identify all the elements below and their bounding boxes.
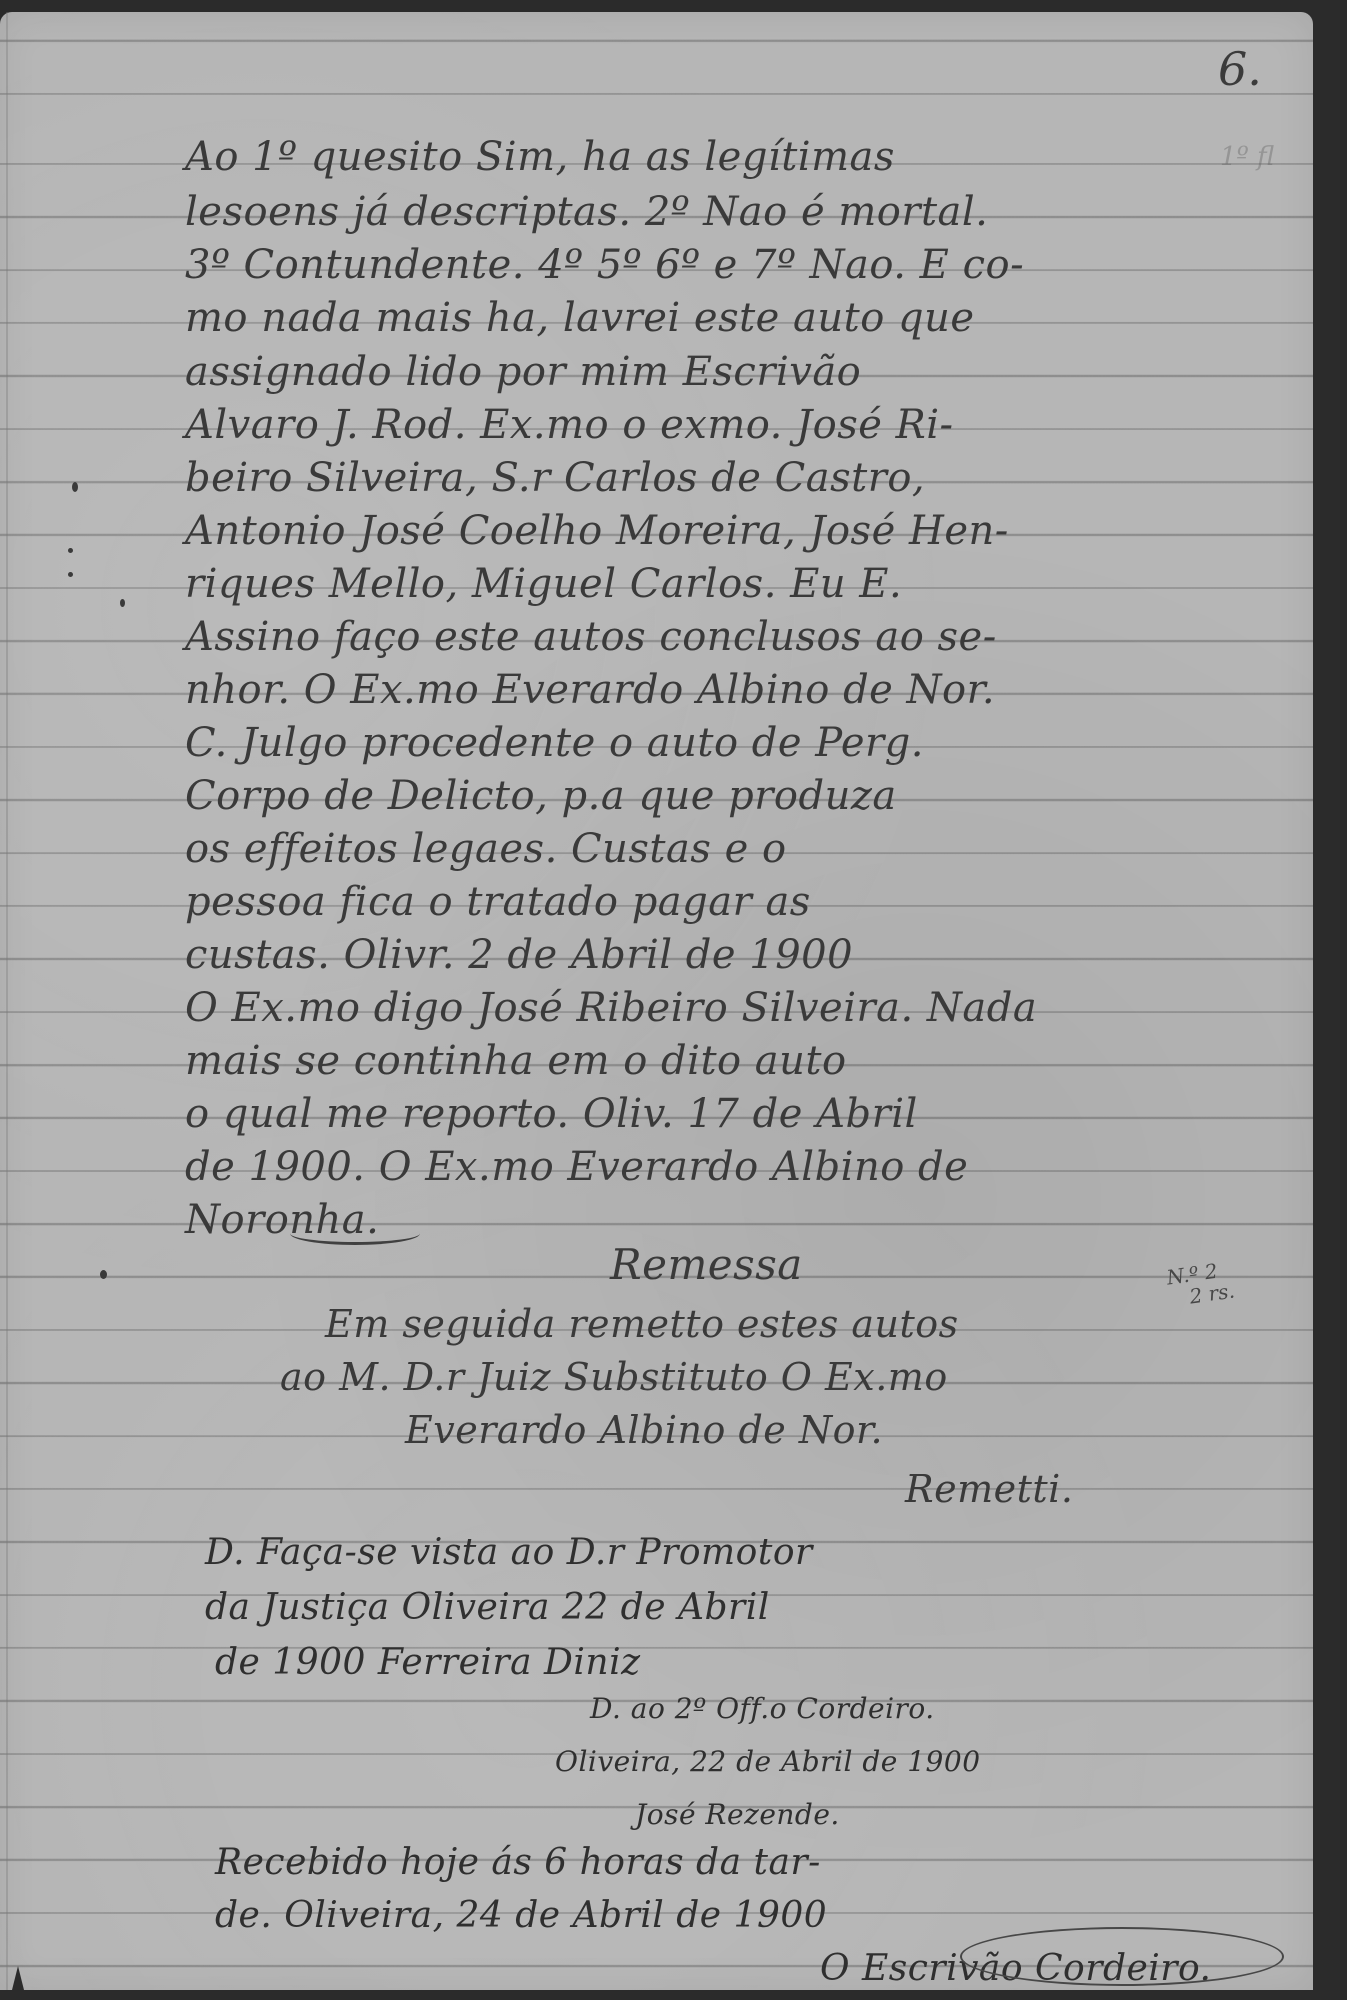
body-line: os effeitos legaes. Custas e o [185,829,787,869]
ruled-paper-sheet: 6. 1º fl Ao 1º quesito Sim, ha as legíti… [0,12,1313,1990]
signature-flourish [290,1222,420,1245]
section-heading-remessa: Remessa [610,1240,803,1289]
body-line: pessoa fica o tratado pagar as [185,882,811,922]
distribuicao-signature: José Rezende. [635,1798,840,1831]
body-line: de 1900. O Ex.mo Everardo Albino de [185,1147,968,1187]
remessa-closing: Remetti. [905,1467,1073,1511]
ink-speck [120,599,125,607]
remessa-line: Everardo Albino de Nor. [405,1408,883,1452]
scanned-page: 6. 1º fl Ao 1º quesito Sim, ha as legíti… [0,0,1347,2000]
remessa-line: ao M. D.r Juiz Substituto O Ex.mo [280,1355,948,1399]
body-line: Ao 1º quesito Sim, ha as legítimas [185,137,895,177]
ink-speck [68,572,73,577]
body-line: assignado lido por mim Escrivão [185,352,861,392]
ink-speck [100,1270,107,1279]
body-line: Corpo de Delicto, p.a que produza [185,776,897,816]
body-line: C. Julgo procedente o auto de Perg. [185,723,924,763]
despacho-line: de 1900 Ferreira Diniz [215,1642,641,1683]
ink-speck [68,548,73,553]
faint-stamp-mark: 1º fl [1220,142,1274,172]
body-line: 3º Contundente. 4º 5º 6º e 7º Nao. E co- [185,245,1024,285]
body-line: riques Mello, Miguel Carlos. Eu E. [185,564,902,604]
despacho-line: D. Faça-se vista ao D.r Promotor [205,1532,813,1573]
body-line: O Ex.mo digo José Ribeiro Silveira. Nada [185,988,1037,1028]
ink-speck [72,482,78,492]
distribuicao-line: Oliveira, 22 de Abril de 1900 [555,1745,981,1778]
page-number: 6. [1218,42,1262,96]
paper-edge-line [6,12,8,1990]
body-line: Assino faço este autos conclusos ao se- [185,617,997,657]
body-line: lesoens já descriptas. 2º Nao é mortal. [185,192,988,232]
signature-flourish [960,1927,1284,1986]
despacho-line: da Justiça Oliveira 22 de Abril [205,1587,770,1628]
recebimento-line: de. Oliveira, 24 de Abril de 1900 [215,1895,827,1936]
body-line: mo nada mais ha, lavrei este auto que [185,298,975,338]
body-line: custas. Olivr. 2 de Abril de 1900 [185,935,853,975]
body-line: beiro Silveira, S.r Carlos de Castro, [185,458,925,498]
recebimento-line: Recebido hoje ás 6 horas da tar- [215,1842,821,1883]
body-line: mais se continha em o dito auto [185,1041,847,1081]
remessa-line: Em seguida remetto estes autos [325,1302,959,1346]
body-line: Antonio José Coelho Moreira, José Hen- [185,511,1009,551]
body-line: Alvaro J. Rod. Ex.mo o exmo. José Ri- [185,405,954,445]
margin-note: N.º 2 2 rs. [1165,1258,1236,1311]
body-line: nhor. O Ex.mo Everardo Albino de Nor. [185,670,995,710]
body-line: o qual me reporto. Oliv. 17 de Abril [185,1094,918,1134]
distribuicao-line: D. ao 2º Off.o Cordeiro. [590,1692,935,1725]
